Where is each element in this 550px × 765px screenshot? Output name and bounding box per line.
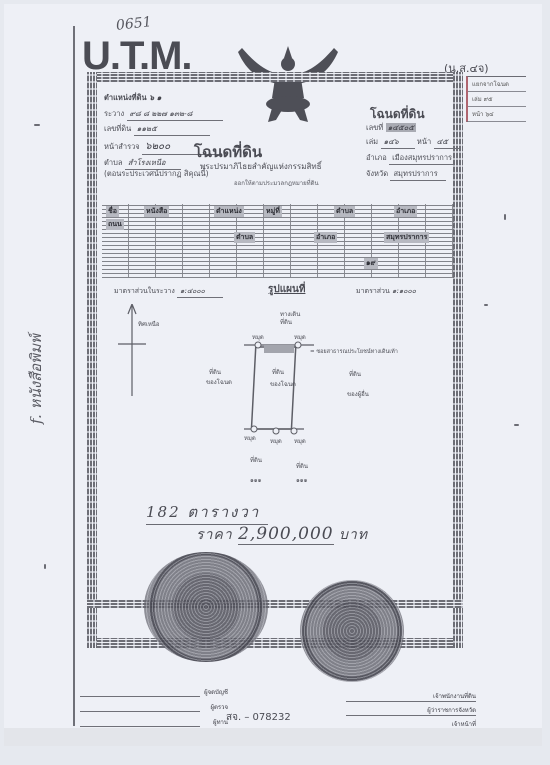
vertical-handnote: f. หนังสือพิมพ์	[24, 334, 48, 424]
deed-number-field: เลขที่ ๑๔๕๐๕	[366, 122, 416, 134]
utm-logo: U.T.M.	[82, 36, 192, 76]
sheet-field: ระวาง ๙๘ ๘ ๒๒๗ ๑๓๒-๘	[104, 108, 223, 121]
scale-right: มาตราส่วน ๑:๑๐๐๐	[356, 286, 416, 297]
svg-text:๑๑๑: ๑๑๑	[250, 477, 262, 484]
official-seal-left	[144, 552, 268, 662]
svg-text:ที่ดิน: ที่ดิน	[296, 462, 308, 470]
scan-speck	[514, 424, 519, 426]
book-page-field: เล่ม ๑๔๖ หน้า ๔๕	[366, 136, 460, 149]
scale-left: มาตราส่วนในระวาง ๑:๔๐๐๐	[114, 286, 223, 298]
deed-subtitle: พระปรมาภิไธยสำคัญแห่งกรรมสิทธิ์	[200, 160, 322, 173]
reference-box: แยกจากโฉนด เล่ม ๙๕ หน้า ๖๔	[466, 76, 526, 122]
svg-text:ของโฉนด: ของโฉนด	[270, 380, 296, 388]
parcel-field: เลขที่ดิน ๑๑๒๕	[104, 123, 210, 136]
scan-speck	[484, 304, 488, 306]
serial-number: สจ. – 078232	[226, 710, 291, 725]
deed-subtitle-small: ออกให้ตามประมวลกฎหมายที่ดิน	[234, 178, 319, 188]
scan-speck	[34, 124, 40, 126]
svg-text:หมุด: หมุด	[270, 438, 282, 445]
svg-text:= ซอยสาธารณประโยชน์ทางเดินเท้า: = ซอยสาธารณประโยชน์ทางเดินเท้า	[310, 347, 398, 355]
table-row	[104, 245, 454, 258]
scan-speck	[504, 214, 506, 220]
table-row: ตำบล อำเภอ สมุทรปราการ	[104, 232, 454, 245]
plan-title: รูปแผนที่	[268, 282, 305, 297]
amphoe-field: อำเภอ เมืองสมุทรปราการ	[366, 152, 455, 165]
svg-text:หมุด: หมุด	[294, 334, 306, 341]
amphoe-line: (ตอนระประเวศน์ปรากฏ สิคุณนี้)	[104, 168, 209, 180]
left-margin-rule	[73, 26, 75, 726]
svg-text:ที่ดิน: ที่ดิน	[349, 370, 361, 378]
svg-text:ของผู้อื่น: ของผู้อื่น	[347, 390, 369, 398]
official-seal-right	[300, 580, 404, 682]
table-row: ถนน	[104, 219, 454, 232]
svg-text:ที่ดิน: ที่ดิน	[209, 368, 221, 376]
svg-text:หมุด: หมุด	[294, 438, 306, 445]
svg-text:ทิศเหนือ: ทิศเหนือ	[138, 320, 160, 328]
scan-speck	[44, 564, 46, 569]
table-row: ๑๙	[104, 258, 454, 271]
parcel-plan: ทิศเหนือ ทางเดิน ที่ดิน หมุด หมุด = ซอยส…	[104, 304, 464, 489]
province-field: จังหวัด สมุทรปราการ	[366, 168, 446, 181]
handwritten-area: 182 ตารางวา	[146, 500, 268, 525]
svg-text:๑๑๑: ๑๑๑	[296, 477, 308, 484]
deed-page: 0651 U.T.M. (น.ส.๔จ) แยกจากโฉนด เล่ม ๙๕ …	[4, 4, 542, 746]
scan-bottom-margin	[4, 728, 542, 746]
table-row: ชื่อ หนังสือ ตำแหน่ง หมู่ที่ ตำบล อำเภอ	[104, 206, 454, 219]
svg-text:ของโฉนด: ของโฉนด	[206, 378, 232, 386]
signature-block-left: ผู้จดบัญชี ผู้ตรวจ ผู้ทาน	[80, 682, 200, 727]
svg-text:หมุด: หมุด	[244, 435, 256, 442]
owner-table: ชื่อ หนังสือ ตำแหน่ง หมู่ที่ ตำบล อำเภอ …	[104, 206, 454, 271]
handwritten-price: ราคา 2,900,000 บาท	[196, 524, 368, 546]
svg-text:ที่ดิน: ที่ดิน	[280, 318, 292, 326]
handwritten-number: 0651	[115, 14, 152, 34]
position-label: ตำแหน่งที่ดิน ๖ ๑	[104, 92, 161, 104]
svg-text:ทางเดิน: ทางเดิน	[280, 311, 300, 318]
svg-text:หมุด: หมุด	[252, 334, 264, 341]
svg-text:ที่ดิน: ที่ดิน	[272, 368, 284, 376]
svg-text:ที่ดิน: ที่ดิน	[250, 456, 262, 464]
signature-block-right: เจ้าพนักงานที่ดิน ผู้ว่าราชการจังหวัด เจ…	[346, 688, 476, 730]
